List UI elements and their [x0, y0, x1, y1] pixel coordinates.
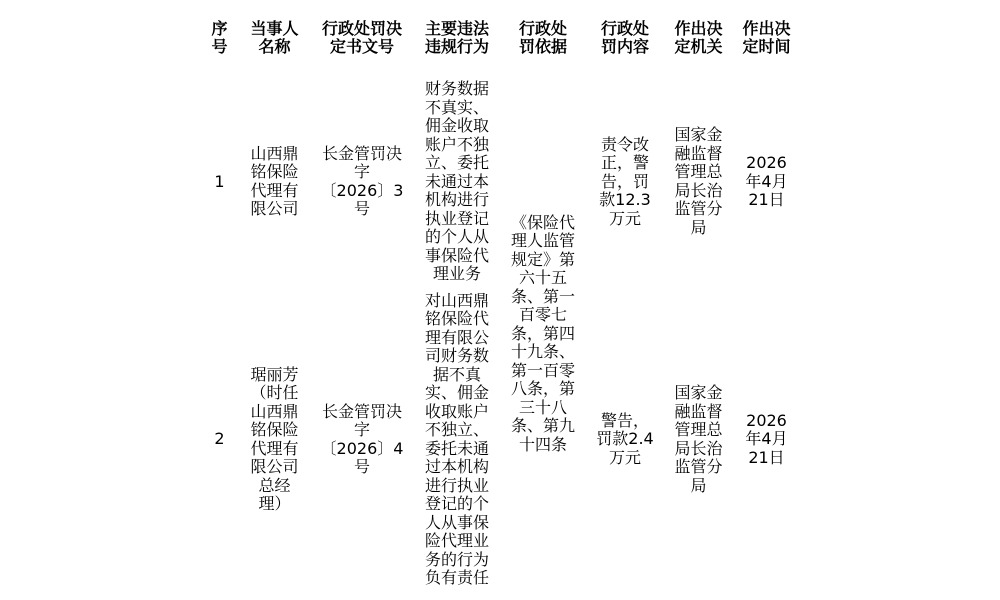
cell-penalty: 责令改 正，警 告，罚 款12.3 万元	[586, 76, 664, 288]
col-header-basis: 行政处 罚依据	[500, 0, 586, 76]
cell-authority: 国家金 融监督 管理总 局长治 监管分 局	[664, 288, 733, 592]
col-header-authority: 作出决 定机关	[664, 0, 733, 76]
cell-doc-no: 长金管罚决 字 〔2026〕3 号	[310, 76, 414, 288]
cell-party: 琚丽芳 （时任 山西鼎 铭保险 代理有 限公司 总经 理）	[239, 288, 310, 592]
cell-seq: 2	[200, 288, 239, 592]
cell-penalty: 警告， 罚款2.4 万元	[586, 288, 664, 592]
penalty-table: 序 号 当事人 名称 行政处罚决 定书文号 主要违法 违规行为 行政处 罚依据 …	[200, 0, 800, 592]
col-header-date: 作出决 定时间	[733, 0, 800, 76]
cell-authority: 国家金 融监督 管理总 局长治 监管分 局	[664, 76, 733, 288]
cell-date: 2026 年4月 21日	[733, 288, 800, 592]
cell-violation: 财务数据 不真实、 佣金收取 账户不独 立、委托 未通过本 机构进行 执业登记 …	[414, 76, 500, 288]
penalty-disclosure-page: 序 号 当事人 名称 行政处罚决 定书文号 主要违法 违规行为 行政处 罚依据 …	[0, 0, 1000, 600]
cell-violation: 对山西鼎 铭保险代 理有限公 司财务数 据不真 实、佣金 收取账户 不独立、 委…	[414, 288, 500, 592]
col-header-party: 当事人 名称	[239, 0, 310, 76]
cell-party: 山西鼎 铭保险 代理有 限公司	[239, 76, 310, 288]
cell-basis-merged: 《保险代 理人监管 规定》第 六十五 条、第一 百零七 条，第四 十九条、 第一…	[500, 76, 586, 592]
col-header-violation: 主要违法 违规行为	[414, 0, 500, 76]
cell-seq: 1	[200, 76, 239, 288]
col-header-doc-no: 行政处罚决 定书文号	[310, 0, 414, 76]
cell-doc-no: 长金管罚决 字 〔2026〕4 号	[310, 288, 414, 592]
table-row: 1 山西鼎 铭保险 代理有 限公司 长金管罚决 字 〔2026〕3 号 财务数据…	[200, 76, 800, 288]
header-row: 序 号 当事人 名称 行政处罚决 定书文号 主要违法 违规行为 行政处 罚依据 …	[200, 0, 800, 76]
cell-date: 2026 年4月 21日	[733, 76, 800, 288]
col-header-seq: 序 号	[200, 0, 239, 76]
col-header-penalty: 行政处 罚内容	[586, 0, 664, 76]
